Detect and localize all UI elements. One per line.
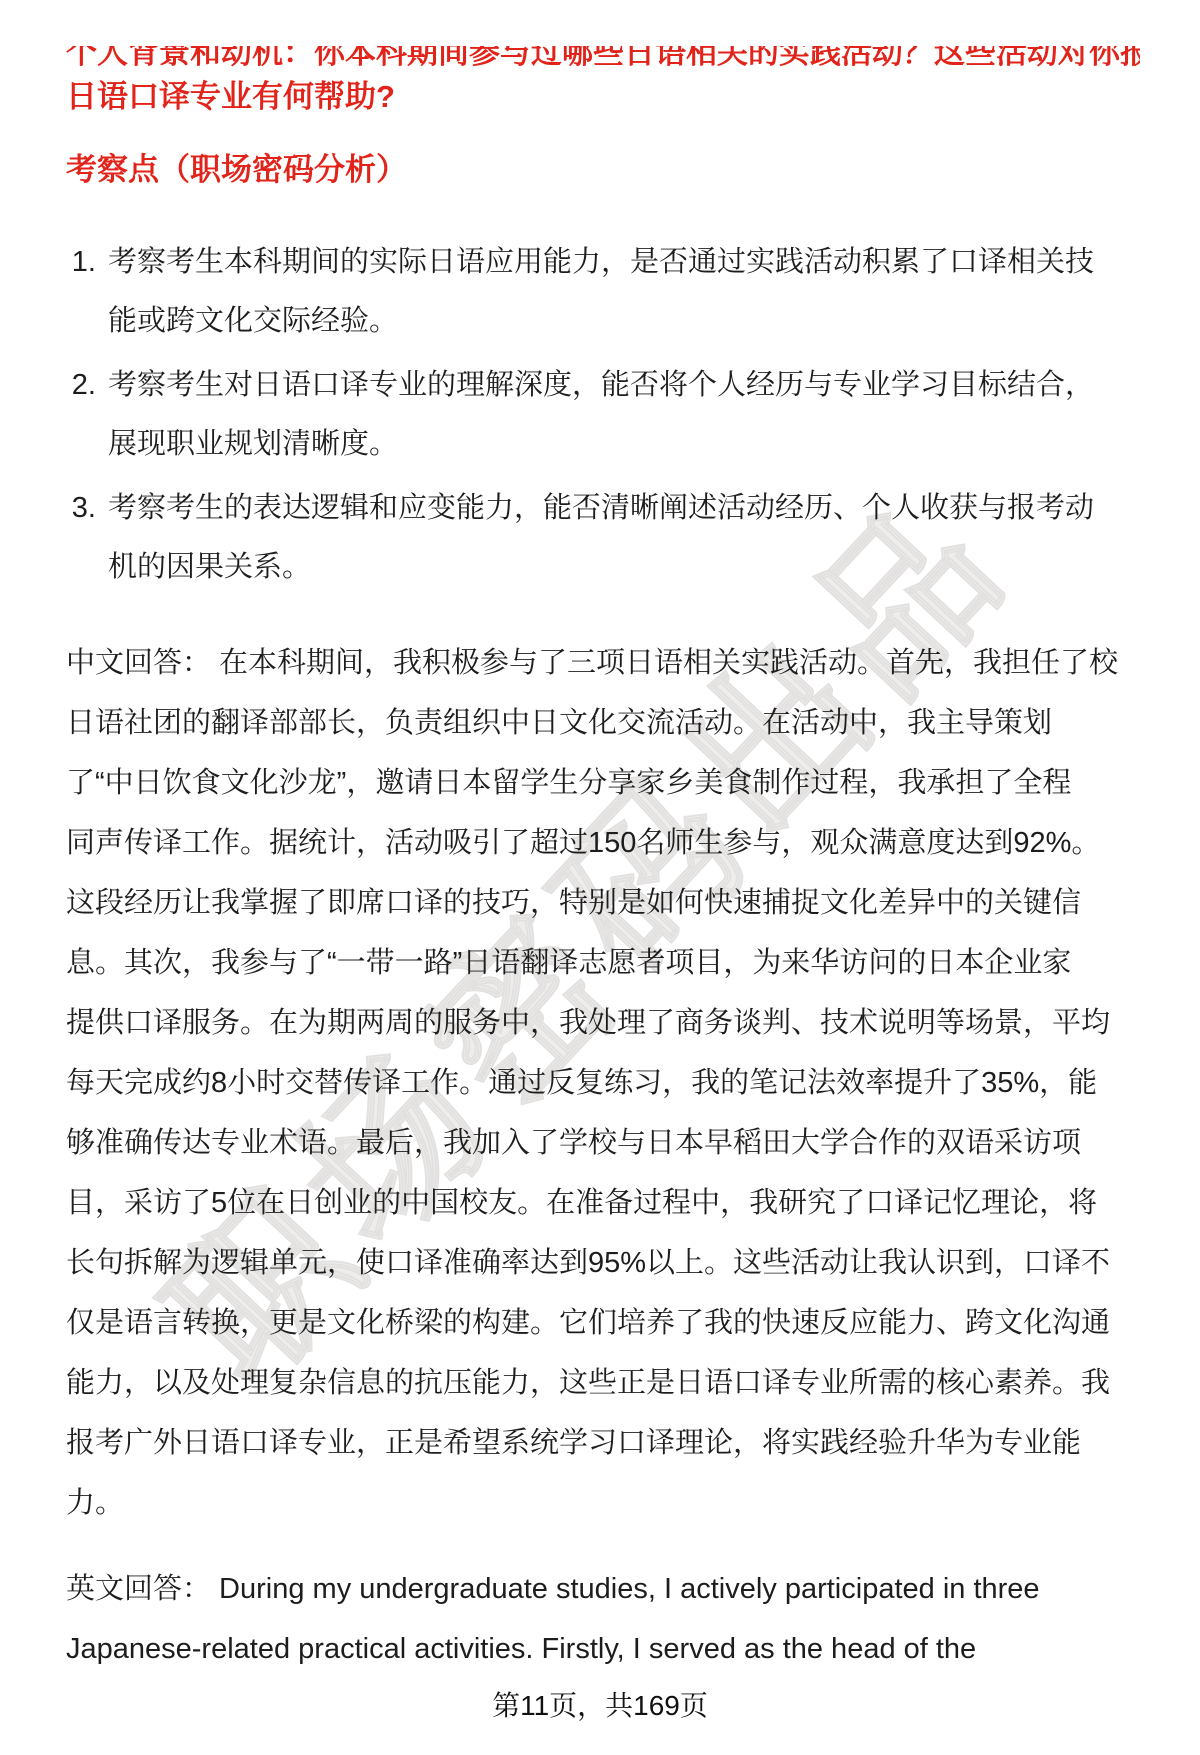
- chinese-answer-paragraph: 中文回答： 在本科期间，我积极参与了三项日语相关实践活动。首先，我担任了校 日语…: [66, 633, 1140, 1533]
- exam-point-item: 考察考生的表达逻辑和应变能力，能否清晰阐述活动经历、个人收获与报考动 机的因果关…: [104, 479, 1140, 597]
- page-footer: 第11页，共169页: [0, 1684, 1200, 1724]
- question-title-line1: 个人背景和动机：你本科期间参与过哪些日语相关的实践活动？这些活动对你报考: [66, 46, 1140, 73]
- page-content: 个人背景和动机：你本科期间参与过哪些日语相关的实践活动？这些活动对你报考 日语口…: [0, 46, 1200, 1679]
- english-answer-paragraph: 英文回答： During my undergraduate studies, I…: [66, 1559, 1140, 1679]
- section-heading: 考察点（职场密码分析）: [66, 149, 1140, 191]
- exam-point-item: 考察考生对日语口译专业的理解深度，能否将个人经历与专业学习目标结合， 展现职业规…: [104, 356, 1140, 474]
- question-title-line2: 日语口译专业有何帮助?: [66, 77, 1140, 117]
- exam-point-item: 考察考生本科期间的实际日语应用能力，是否通过实践活动积累了口译相关技 能或跨文化…: [104, 233, 1140, 351]
- document-page: 职场密码出品 个人背景和动机：你本科期间参与过哪些日语相关的实践活动？这些活动对…: [0, 0, 1200, 1755]
- question-title-clipped-row: 个人背景和动机：你本科期间参与过哪些日语相关的实践活动？这些活动对你报考: [66, 46, 1140, 77]
- exam-points-list: 考察考生本科期间的实际日语应用能力，是否通过实践活动积累了口译相关技 能或跨文化…: [66, 233, 1140, 597]
